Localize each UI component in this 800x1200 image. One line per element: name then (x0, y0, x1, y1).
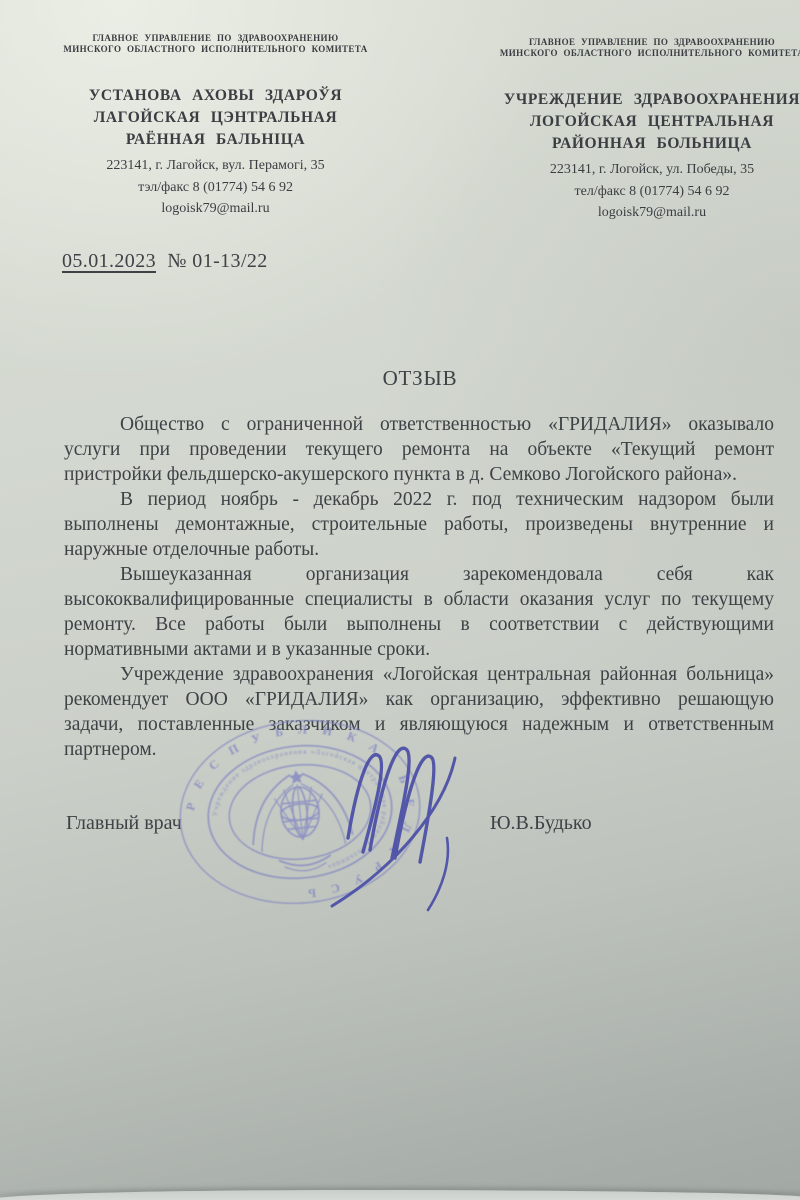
contact-line: logoisk79@mail.ru (58, 198, 373, 220)
contact-line: logoisk79@mail.ru (492, 202, 800, 224)
letter-page: ГЛАВНОЕ УПРАВЛЕНИЕ ПО ЗДРАВООХРАНЕНИЮМИН… (0, 0, 800, 1200)
reference-date: 05.01.2023 (62, 250, 156, 272)
star-icon (288, 769, 304, 784)
organization-name-line: УСТАНОВА АХОВЫ ЗДАРОЎЯ (58, 85, 373, 107)
authority-line: МИНСКОГО ОБЛАСТНОГО ИСПОЛНИТЕЛЬНОГО КОМИ… (492, 48, 800, 59)
paper-bottom-edge (0, 1190, 800, 1200)
round-stamp: РЕСПУБЛИКА БЕЛАРУСЬ Учреждение здравоохр… (171, 709, 429, 915)
contact-line: 223141, г. Лагойск, вул. Перамогі, 35 (58, 155, 373, 177)
letterhead-right-authority: ГЛАВНОЕ УПРАВЛЕНИЕ ПО ЗДРАВООХРАНЕНИЮМИН… (492, 37, 800, 59)
letterhead-left-authority: ГЛАВНОЕ УПРАВЛЕНИЕ ПО ЗДРАВООХРАНЕНИЮМИН… (58, 33, 373, 55)
body-line: высококвалифицированные специалисты в об… (64, 587, 774, 612)
organization-name-line: РАЙОННАЯ БОЛЬНИЦА (492, 133, 800, 155)
authority-line: ГЛАВНОЕ УПРАВЛЕНИЕ ПО ЗДРАВООХРАНЕНИЮ (58, 33, 373, 44)
letterhead-right-contacts: 223141, г. Логойск, ул. Победы, 35тел/фа… (492, 159, 800, 224)
contact-line: тел/факс 8 (01774) 54 6 92 (492, 181, 800, 203)
letterhead-left-organization: УСТАНОВА АХОВЫ ЗДАРОЎЯЛАГОЙСКАЯ ЦЭНТРАЛЬ… (58, 85, 373, 151)
stamp-and-signature: РЕСПУБЛИКА БЕЛАРУСЬ Учреждение здравоохр… (162, 700, 482, 930)
reference-line: 05.01.2023 № 01-13/22 (62, 250, 268, 273)
letterhead-left-contacts: 223141, г. Лагойск, вул. Перамогі, 35тэл… (58, 155, 373, 220)
body-line: Вышеуказанная организация зарекомендовал… (64, 562, 774, 587)
body-line: Учреждение здравоохранения «Логойская це… (64, 662, 774, 687)
organization-name-line: ЛАГОЙСКАЯ ЦЭНТРАЛЬНАЯ (58, 107, 373, 129)
body-line: Общество с ограниченной ответственностью… (64, 412, 774, 437)
letterhead-right: ГЛАВНОЕ УПРАВЛЕНИЕ ПО ЗДРАВООХРАНЕНИЮМИН… (492, 37, 800, 224)
organization-name-line: РАЁННАЯ БАЛЬНІЦА (58, 129, 373, 151)
contact-line: 223141, г. Логойск, ул. Победы, 35 (492, 159, 800, 181)
body-line: услуги при проведении текущего ремонта н… (64, 437, 774, 462)
document-title: ОТЗЫВ (64, 366, 776, 391)
body-line: нормативными актами и в указанные сроки. (64, 637, 774, 662)
body-line: ремонту. Все работы были выполнены в соо… (64, 612, 774, 637)
authority-line: МИНСКОГО ОБЛАСТНОГО ИСПОЛНИТЕЛЬНОГО КОМИ… (58, 44, 373, 55)
contact-line: тэл/факс 8 (01774) 54 6 92 (58, 177, 373, 199)
body-line: выполнены демонтажные, строительные рабо… (64, 512, 774, 537)
organization-name-line: УЧРЕЖДЕНИЕ ЗДРАВООХРАНЕНИЯ (492, 89, 800, 111)
body-line: наружные отделочные работы. (64, 537, 774, 562)
authority-line: ГЛАВНОЕ УПРАВЛЕНИЕ ПО ЗДРАВООХРАНЕНИЮ (492, 37, 800, 48)
body-line: пристройки фельдшерско-акушерского пункт… (64, 462, 774, 487)
letterhead-right-organization: УЧРЕЖДЕНИЕ ЗДРАВООХРАНЕНИЯЛОГОЙСКАЯ ЦЕНТ… (492, 89, 800, 155)
signatory-name: Ю.В.Будько (490, 812, 592, 835)
letterhead-left: ГЛАВНОЕ УПРАВЛЕНИЕ ПО ЗДРАВООХРАНЕНИЮМИН… (58, 33, 373, 220)
scanned-letter-photo: ГЛАВНОЕ УПРАВЛЕНИЕ ПО ЗДРАВООХРАНЕНИЮМИН… (0, 0, 800, 1200)
reference-number: № 01-13/22 (167, 250, 267, 272)
organization-name-line: ЛОГОЙСКАЯ ЦЕНТРАЛЬНАЯ (492, 111, 800, 133)
body-line: В период ноябрь - декабрь 2022 г. под те… (64, 487, 774, 512)
